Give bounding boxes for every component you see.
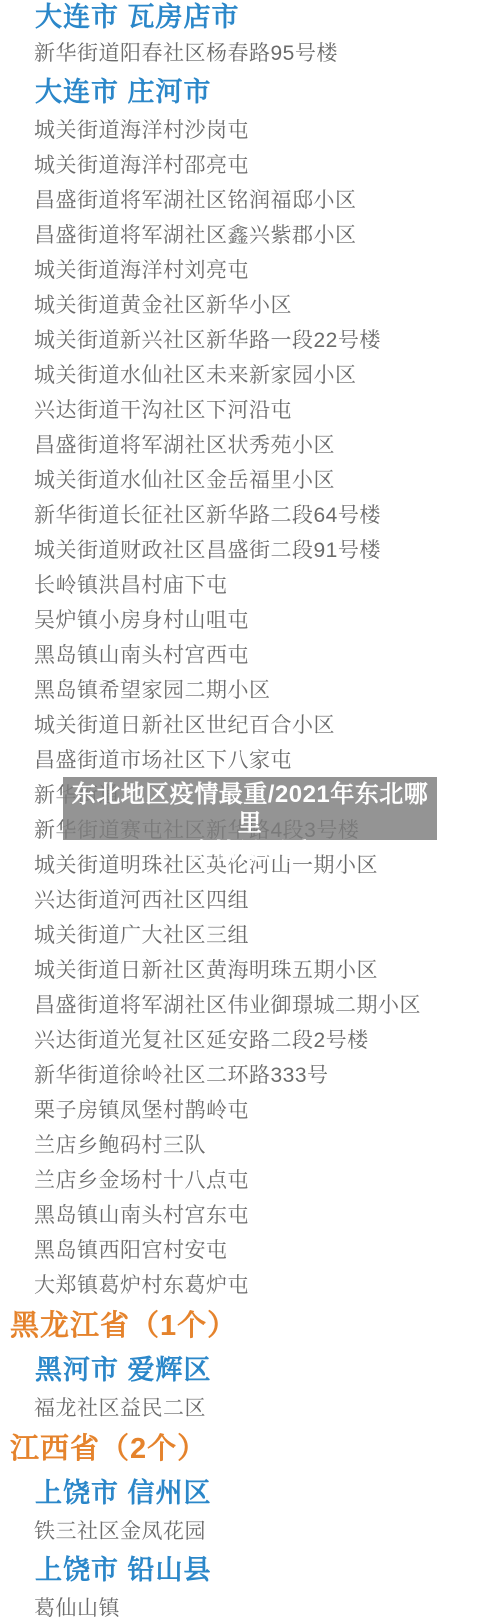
list-item: 铁三社区金凤花园 [0,1514,500,1549]
list-item: 城关街道广大社区三组 [0,918,500,953]
list-item: 昌盛街道将军湖社区铭润福邸小区 [0,183,500,218]
list-item: 大郑镇葛炉村东葛炉屯 [0,1268,500,1303]
list-item: 栗子房镇凤堡村鹊岭屯 [0,1093,500,1128]
province-header: 黑龙江省（1个） [0,1303,500,1349]
list-item: 城关街道新兴社区新华路一段22号楼 [0,323,500,358]
list-item: 城关街道水仙社区未来新家园小区 [0,358,500,393]
watermark-line1: 东北地区疫情最重/2021年东北哪里 [63,780,437,838]
city-header: 上饶市 铅山县 [0,1549,500,1591]
list-item: 新华街道阳春社区杨春路95号楼 [0,36,500,71]
list-item: 福龙社区益民二区 [0,1391,500,1426]
list-item: 黑岛镇希望家园二期小区 [0,673,500,708]
city-header: 大连市 庄河市 [0,71,500,113]
list-item: 兰店乡金场村十八点屯 [0,1163,500,1198]
list-item: 昌盛街道将军湖社区伟业御璟城二期小区 [0,988,500,1023]
list-item: 昌盛街道将军湖社区状秀苑小区 [0,428,500,463]
list-item: 城关街道海洋村沙岗屯 [0,113,500,148]
list-item: 城关街道财政社区昌盛街二段91号楼 [0,533,500,568]
list-item: 黑岛镇山南头村宫西屯 [0,638,500,673]
list-item: 城关街道海洋村刘亮屯 [0,253,500,288]
list-item: 长岭镇洪昌村庙下屯 [0,568,500,603]
city-header: 大连市 瓦房店市 [0,0,500,36]
province-header: 江西省（2个） [0,1426,500,1472]
list-item: 兴达街道光复社区延安路二段2号楼 [0,1023,500,1058]
list-item: 昌盛街道将军湖社区鑫兴紫郡小区 [0,218,500,253]
list-item: 城关街道海洋村邵亮屯 [0,148,500,183]
list-item: 城关街道日新社区黄海明珠五期小区 [0,953,500,988]
list-item: 兰店乡鲍码村三队 [0,1128,500,1163]
list-item: 城关街道黄金社区新华小区 [0,288,500,323]
list-item: 兴达街道干沟社区下河沿屯 [0,393,500,428]
list-item: 葛仙山镇 [0,1591,500,1619]
list-item: 兴达街道河西社区四组 [0,883,500,918]
list-item: 城关街道日新社区世纪百合小区 [0,708,500,743]
watermark-overlay: 东北地区疫情最重/2021年东北哪里 疫情最严重 [63,777,437,840]
list-item: 吴炉镇小房身村山咀屯 [0,603,500,638]
list-item: 黑岛镇西阳宫村安屯 [0,1233,500,1268]
city-header: 上饶市 信州区 [0,1472,500,1514]
list-item: 黑岛镇山南头村宫东屯 [0,1198,500,1233]
city-header: 黑河市 爱辉区 [0,1349,500,1391]
list-item: 城关街道水仙社区金岳福里小区 [0,463,500,498]
watermark-line2: 疫情最严重 [63,838,437,867]
list-item: 新华街道徐岭社区二环路333号 [0,1058,500,1093]
list-item: 昌盛街道市场社区下八家屯 [0,743,500,778]
list-item: 新华街道长征社区新华路二段64号楼 [0,498,500,533]
